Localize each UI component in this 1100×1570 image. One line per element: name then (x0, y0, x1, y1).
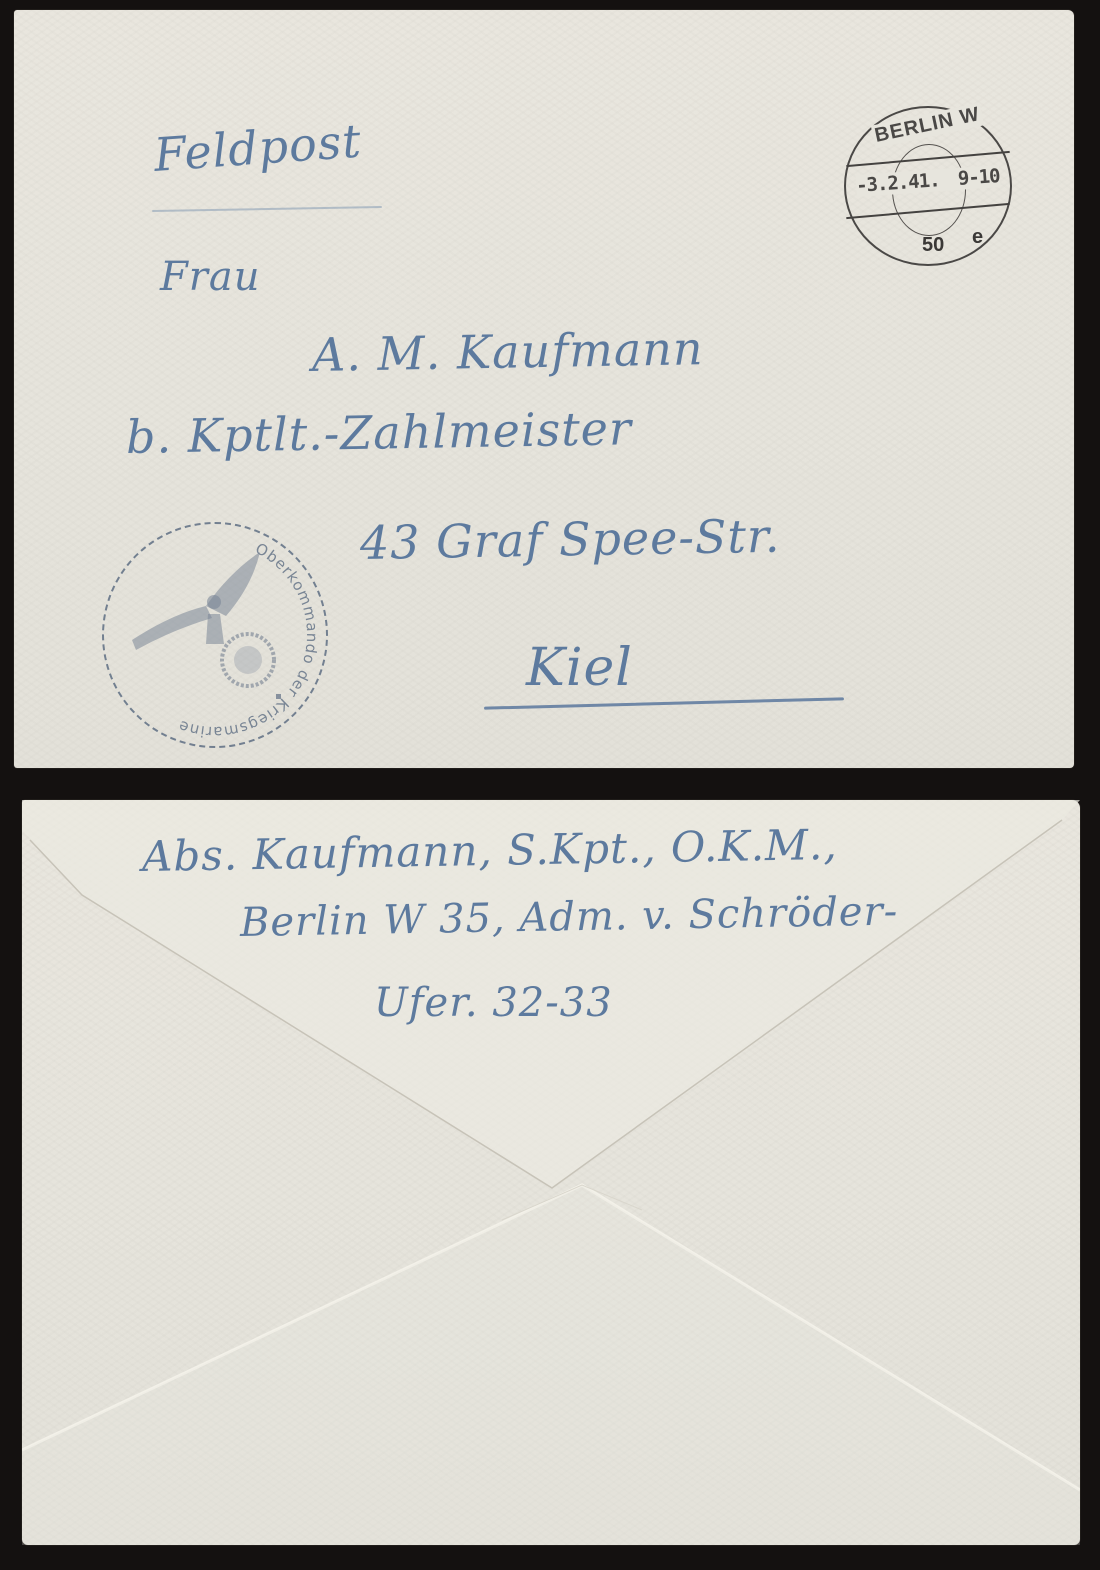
envelope-front: Feldpost Frau A. M. Kaufmann b. Kptlt.-Z… (14, 10, 1074, 768)
postmark-suffix: e (972, 226, 983, 249)
recipient-city: Kiel (526, 638, 633, 698)
city-underline (484, 697, 844, 709)
postmark: BERLIN W -3.2.41. 9-10 50 e (844, 106, 1012, 266)
recipient-name: A. M. Kaufmann (312, 321, 704, 382)
feldpost-marking: Feldpost (152, 114, 363, 182)
sender-line-3: Ufer. 32-33 (374, 980, 613, 1026)
service-stamp: Oberkommando der Kriegsmarine (102, 522, 328, 748)
postmark-time: 9-10 (957, 165, 1000, 190)
recipient-rank-line: b. Kptlt.-Zahlmeister (126, 401, 633, 464)
eagle-emblem-icon: Oberkommando der Kriegsmarine (102, 522, 328, 748)
postmark-office-number: 50 (922, 234, 944, 257)
feldpost-underline (152, 206, 382, 212)
recipient-salutation: Frau (160, 254, 260, 300)
envelope-back: Abs. Kaufmann, S.Kpt., O.K.M., Berlin W … (22, 800, 1080, 1545)
recipient-street: 43 Graf Spee-Str. (360, 509, 781, 570)
